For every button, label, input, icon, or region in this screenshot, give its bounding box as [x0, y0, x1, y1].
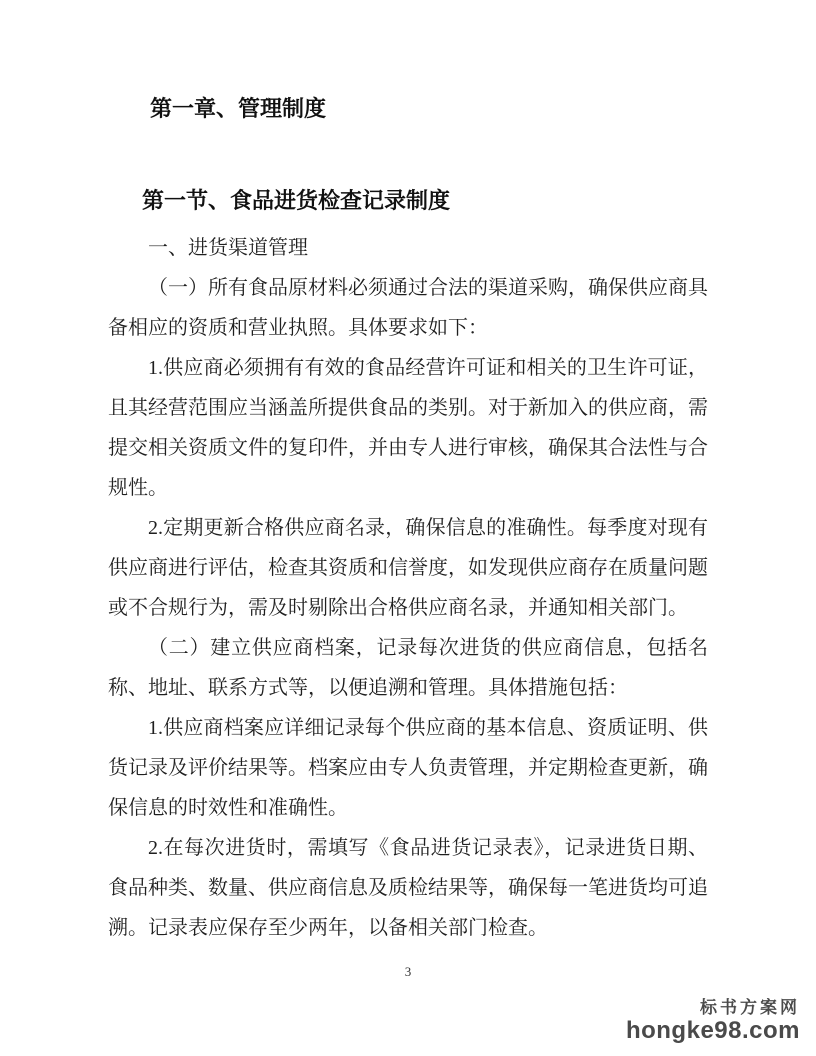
watermark-site-name: 标书方案网 [626, 998, 800, 1018]
paragraph: 1.供应商必须拥有有效的食品经营许可证和相关的卫生许可证，且其经营范围应当涵盖所… [108, 348, 708, 508]
paragraph: 2.定期更新合格供应商名录，确保信息的准确性。每季度对现有供应商进行评估，检查其… [108, 508, 708, 628]
paragraph-list-heading: 一、进货渠道管理 [108, 228, 708, 268]
watermark-site-url: hongke98.com [626, 1018, 800, 1044]
paragraph: （一）所有食品原材料必须通过合法的渠道采购，确保供应商具备相应的资质和营业执照。… [108, 268, 708, 348]
chapter-title: 第一章、管理制度 [108, 94, 708, 124]
document-content: 第一章、管理制度 第一节、食品进货检查记录制度 一、进货渠道管理 （一）所有食品… [108, 94, 708, 948]
page-number: 3 [405, 964, 412, 979]
page-footer: 3 [0, 964, 816, 980]
section-title: 第一节、食品进货检查记录制度 [108, 186, 708, 216]
paragraph: （二）建立供应商档案，记录每次进货的供应商信息，包括名称、地址、联系方式等，以便… [108, 628, 708, 708]
body-text: 一、进货渠道管理 （一）所有食品原材料必须通过合法的渠道采购，确保供应商具备相应… [108, 228, 708, 948]
paragraph: 1.供应商档案应详细记录每个供应商的基本信息、资质证明、供货记录及评价结果等。档… [108, 708, 708, 828]
paragraph: 2.在每次进货时，需填写《食品进货记录表》，记录进货日期、食品种类、数量、供应商… [108, 828, 708, 948]
watermark: 标书方案网 hongke98.com [626, 998, 800, 1044]
document-page: 第一章、管理制度 第一节、食品进货检查记录制度 一、进货渠道管理 （一）所有食品… [0, 0, 816, 1056]
